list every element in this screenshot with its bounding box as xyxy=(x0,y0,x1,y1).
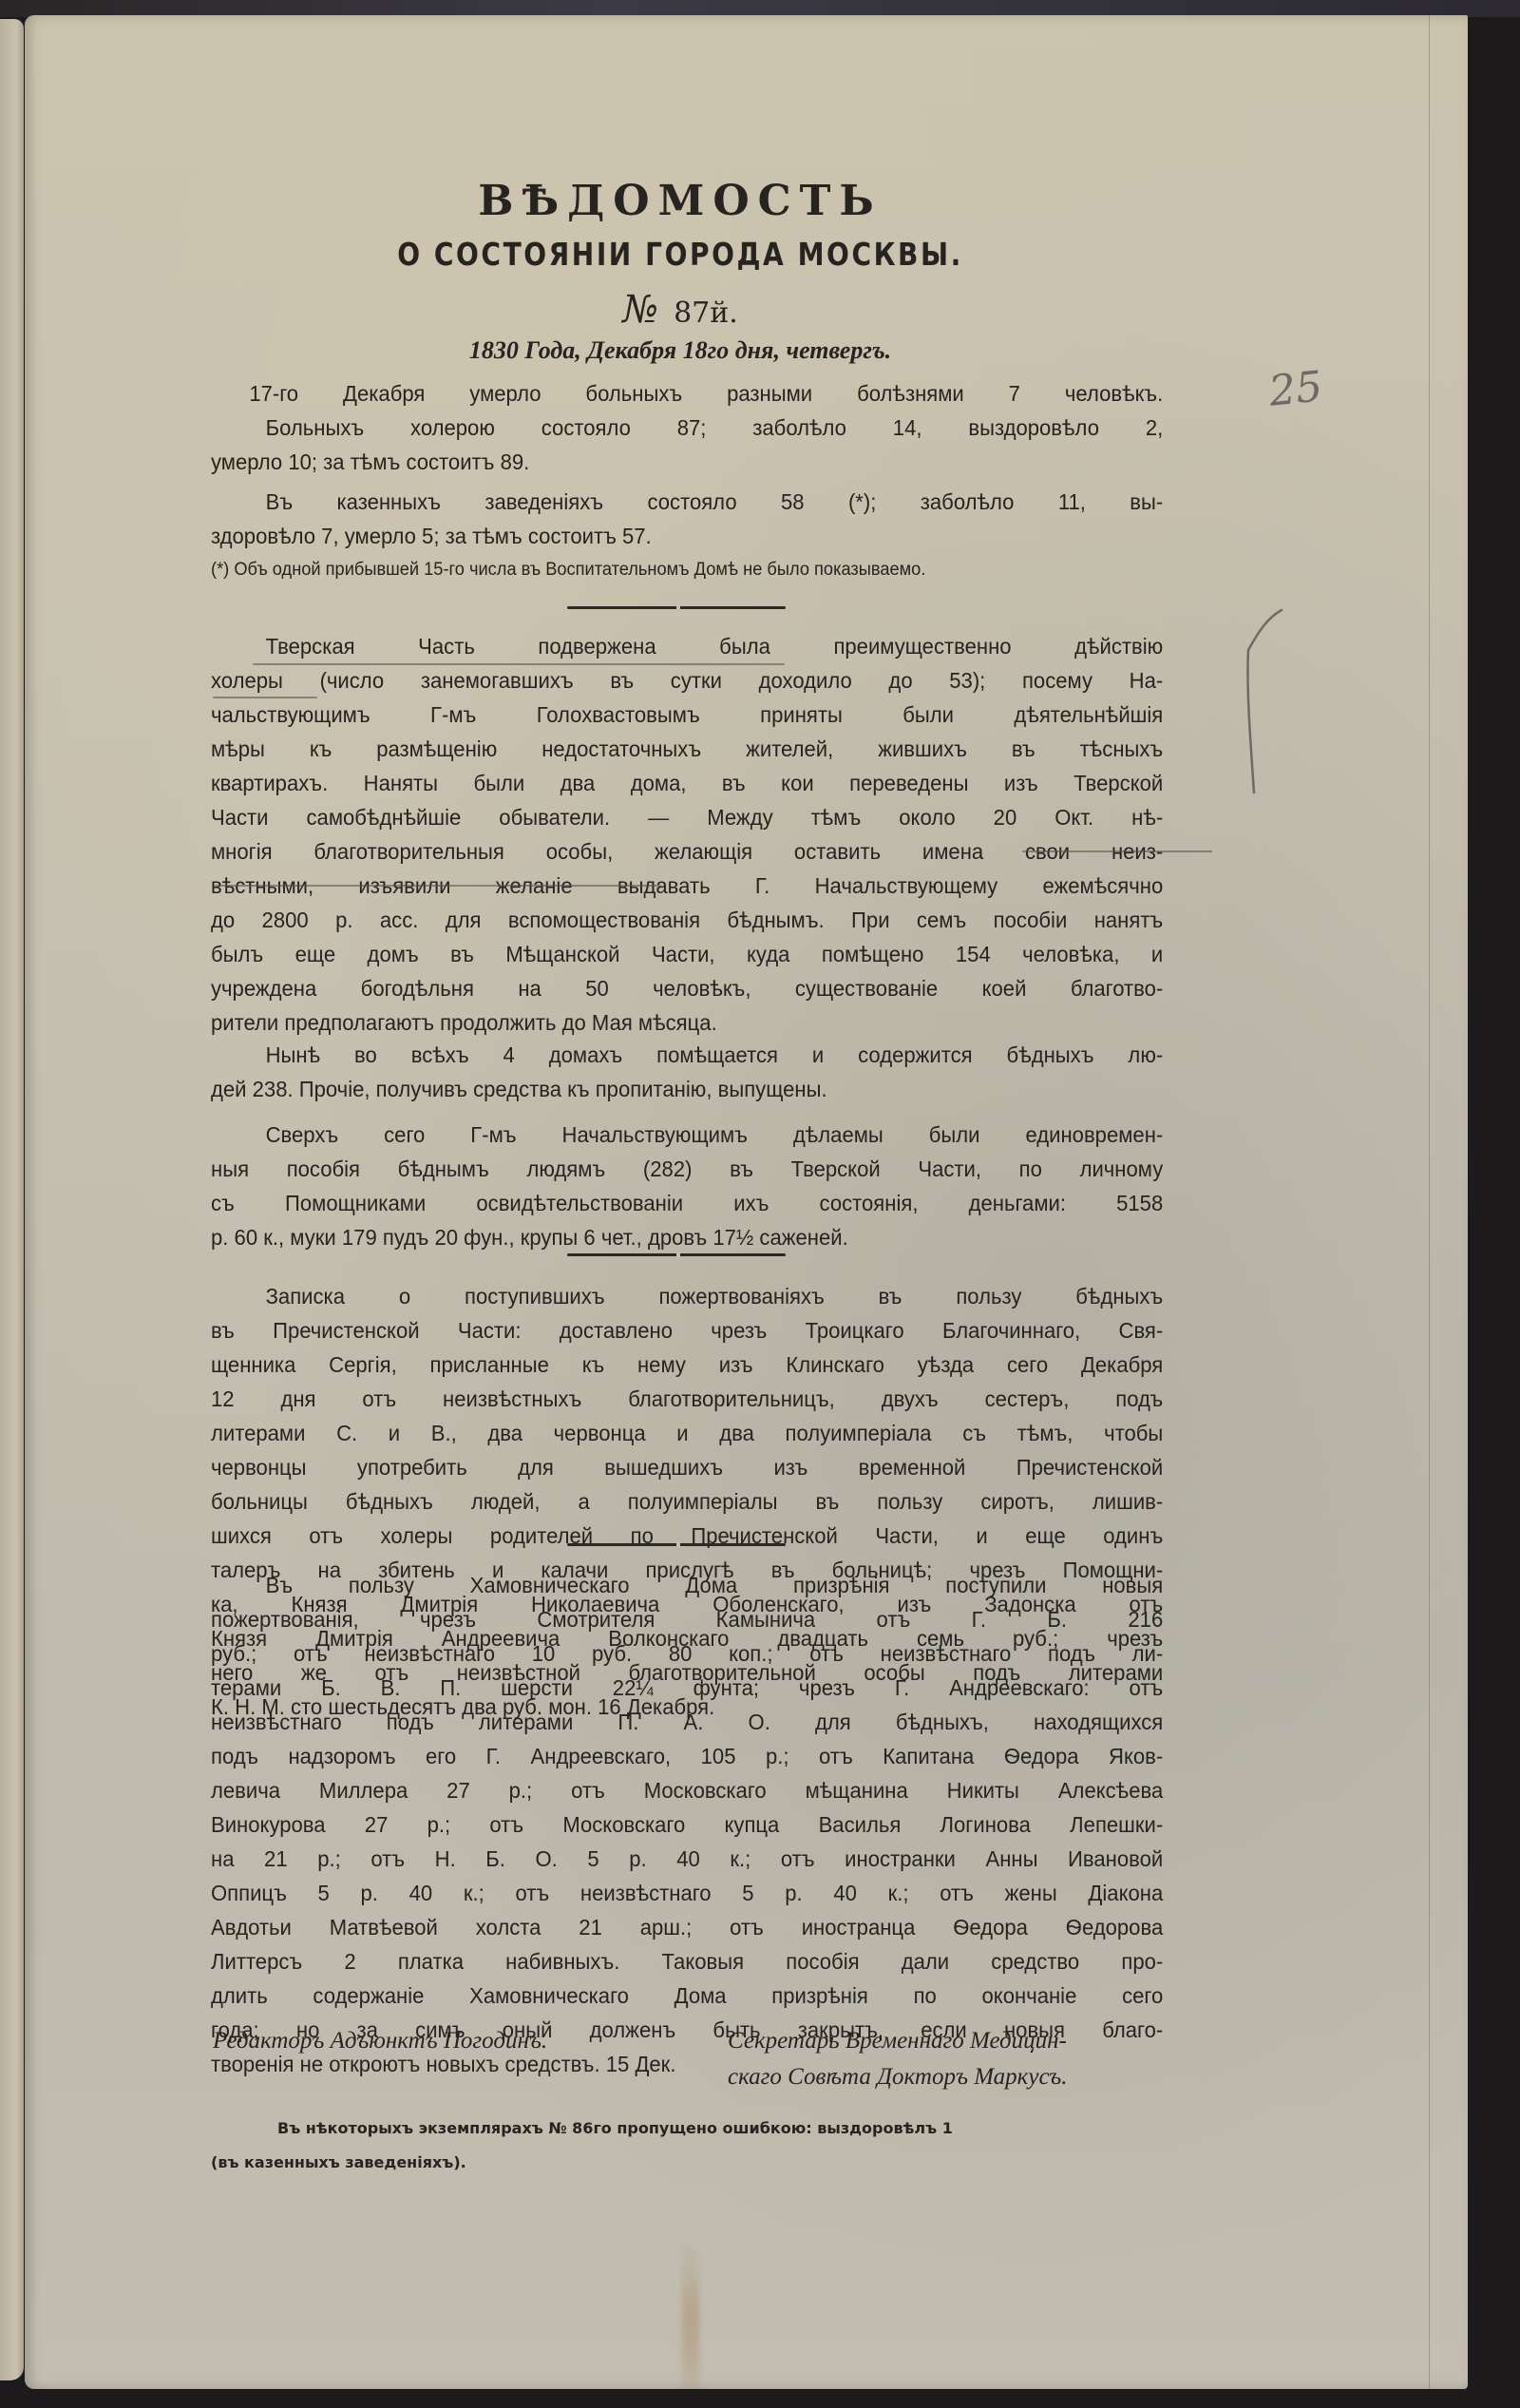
numero-sign: № xyxy=(622,288,658,332)
text-line: 12 дня отъ неизвѣстныхъ благотворительни… xyxy=(211,1382,1163,1416)
text-line: терами Б. В. П. шерсти 22¼ фунта; чрезъ … xyxy=(211,1671,1163,1705)
secretary-signature-line1: Секретарь Временнаго Медицин- xyxy=(728,2022,1067,2060)
text-line: Въ пользу Хамовническаго Дома призрѣнія … xyxy=(211,1568,1163,1602)
text-line: больницы бѣдныхъ людей, а полуимперіалы … xyxy=(211,1484,1163,1519)
text-line: неизвѣстнаго подъ литерами П. А. О. для … xyxy=(211,1705,1163,1739)
pencil-underline xyxy=(1022,850,1212,852)
newspaper-page: ВѢДОМОСТЬ О СОСТОЯНІИ ГОРОДА МОСКВЫ. №87… xyxy=(25,15,1468,2389)
khamovniki-section: Въ пользу Хамовническаго Дома призрѣнія … xyxy=(211,1568,1163,2081)
page-content: ВѢДОМОСТЬ О СОСТОЯНІИ ГОРОДА МОСКВЫ. №87… xyxy=(25,15,1468,2389)
text-line: Винокурова 27 р.; отъ Московскаго купца … xyxy=(211,1807,1163,1842)
erratum-line: (въ казенныхъ заведеніяхъ). xyxy=(211,2146,1208,2180)
handwritten-page-number: 25 xyxy=(1266,362,1324,416)
text-line: холеры (число занемогавшихъ въ сутки дох… xyxy=(211,663,1163,698)
section-separator xyxy=(567,1253,786,1256)
section-separator xyxy=(567,606,786,609)
text-line: Части самобѣднѣйшіе обыватели. — Между т… xyxy=(211,800,1163,834)
dateline: 1830 Года, Декабря 18го дня, четвергъ. xyxy=(25,336,1336,365)
text-line: литерами С. и В., два червонца и два пол… xyxy=(211,1416,1163,1450)
previous-page-edge xyxy=(0,19,24,2380)
text-line: длить содержаніе Хамовническаго Дома при… xyxy=(211,1978,1163,2013)
text-line: Записка о поступившихъ пожертвованіяхъ в… xyxy=(211,1279,1163,1313)
text-line: на 21 р.; отъ Н. Б. О. 5 р. 40 к.; отъ и… xyxy=(211,1842,1163,1876)
text-line: щенника Сергія, присланные къ нему изъ К… xyxy=(211,1347,1163,1382)
report-line: здоровѣло 7, умерло 5; за тѣмъ состоитъ … xyxy=(211,519,1163,553)
section-separator xyxy=(567,1543,786,1546)
report-line: умерло 10; за тѣмъ состоитъ 89. xyxy=(211,445,1163,479)
text-line: Сверхъ сего Г-мъ Начальствующимъ дѣлаемы… xyxy=(211,1118,1163,1152)
erratum-note: Въ нѣкоторыхъ экземплярахъ № 86го пропущ… xyxy=(211,2112,1208,2180)
report-footnote: (*) Объ одной прибывшей 15-го числа въ В… xyxy=(211,553,1163,587)
masthead-subtitle: О СОСТОЯНІИ ГОРОДА МОСКВЫ. xyxy=(123,236,1238,273)
text-line: Тверская Часть подвержена была преимущес… xyxy=(211,629,1163,663)
editor-signature: Редакторъ Адъюнктъ Погодинъ. xyxy=(213,2022,547,2060)
pencil-underline xyxy=(253,663,785,665)
text-line: учреждена богодѣльня на 50 человѣкъ, сущ… xyxy=(211,971,1163,1005)
text-line: былъ еще домъ въ Мѣщанской Части, куда п… xyxy=(211,937,1163,971)
text-line: Оппицъ 5 р. 40 к.; отъ неизвѣстнаго 5 р.… xyxy=(211,1876,1163,1910)
text-line: подъ надзоромъ его Г. Андреевскаго, 105 … xyxy=(211,1739,1163,1773)
report-section: 17-го Декабря умерло больныхъ разными бо… xyxy=(211,376,1163,587)
one-time-aid-section: Сверхъ сего Г-мъ Начальствующимъ дѣлаемы… xyxy=(211,1118,1163,1254)
text-line: дей 238. Прочіе, получивъ средства къ пр… xyxy=(211,1072,1163,1106)
text-line: рители предполагаютъ продолжить до Мая м… xyxy=(211,1005,1163,1040)
erratum-line: Въ нѣкоторыхъ экземплярахъ № 86го пропущ… xyxy=(211,2112,1208,2146)
issue-number: №87й. xyxy=(25,288,1336,332)
text-line: левича Миллера 27 р.; отъ Московскаго мѣ… xyxy=(211,1773,1163,1807)
text-line: квартирахъ. Наняты были два дома, въ кои… xyxy=(211,766,1163,800)
text-line: р. 60 к., муки 179 пудъ 20 фун., крупы 6… xyxy=(211,1220,1163,1254)
text-line: чальствующимъ Г-мъ Голохвастовымъ принят… xyxy=(211,698,1163,732)
pencil-bracket-mark xyxy=(1229,604,1286,794)
secretary-signature-line2: скаго Совѣта Докторъ Маркусъ. xyxy=(728,2058,1067,2096)
report-line: Больныхъ холерою состояло 87; заболѣло 1… xyxy=(211,411,1163,445)
text-line: руб.; отъ неизвѣстнаго 10 руб. 80 коп.; … xyxy=(211,1636,1163,1671)
report-line: Въ казенныхъ заведеніяхъ состояло 58 (*)… xyxy=(211,485,1163,519)
text-line: ныя пособія бѣднымъ людямъ (282) въ Твер… xyxy=(211,1152,1163,1186)
text-line: до 2800 р. асс. для вспомоществованія бѣ… xyxy=(211,903,1163,937)
tverskaya-section: Тверская Часть подвержена была преимущес… xyxy=(211,629,1163,1040)
text-line: многія благотворительныя особы, желающія… xyxy=(211,834,1163,869)
pencil-underline xyxy=(213,697,317,698)
masthead-title: ВѢДОМОСТЬ xyxy=(25,177,1336,225)
text-line: мѣры къ размѣщенію недостаточныхъ жителе… xyxy=(211,732,1163,766)
text-line: Авдотьи Матвѣевой холста 21 арш.; отъ ин… xyxy=(211,1910,1163,1944)
text-line: пожертвованія, чрезъ Смотрителя Камынича… xyxy=(211,1602,1163,1636)
issue-number-value: 87й. xyxy=(674,296,738,330)
report-line: 17-го Декабря умерло больныхъ разными бо… xyxy=(211,376,1163,411)
text-line: въ Пречистенской Части: доставлено чрезъ… xyxy=(211,1313,1163,1347)
pencil-underline xyxy=(215,885,661,887)
text-line: шихся отъ холеры родителей по Пречистенс… xyxy=(211,1519,1163,1553)
text-line: Литтерсъ 2 платка набивныхъ. Таковыя пос… xyxy=(211,1944,1163,1978)
houses-section: Нынѣ во всѣхъ 4 домахъ помѣщается и соде… xyxy=(211,1038,1163,1106)
text-line: червонцы употребить для вышедшихъ изъ вр… xyxy=(211,1450,1163,1484)
text-line: съ Помощниками освидѣтельствованіи ихъ с… xyxy=(211,1186,1163,1220)
text-line: Нынѣ во всѣхъ 4 домахъ помѣщается и соде… xyxy=(211,1038,1163,1072)
